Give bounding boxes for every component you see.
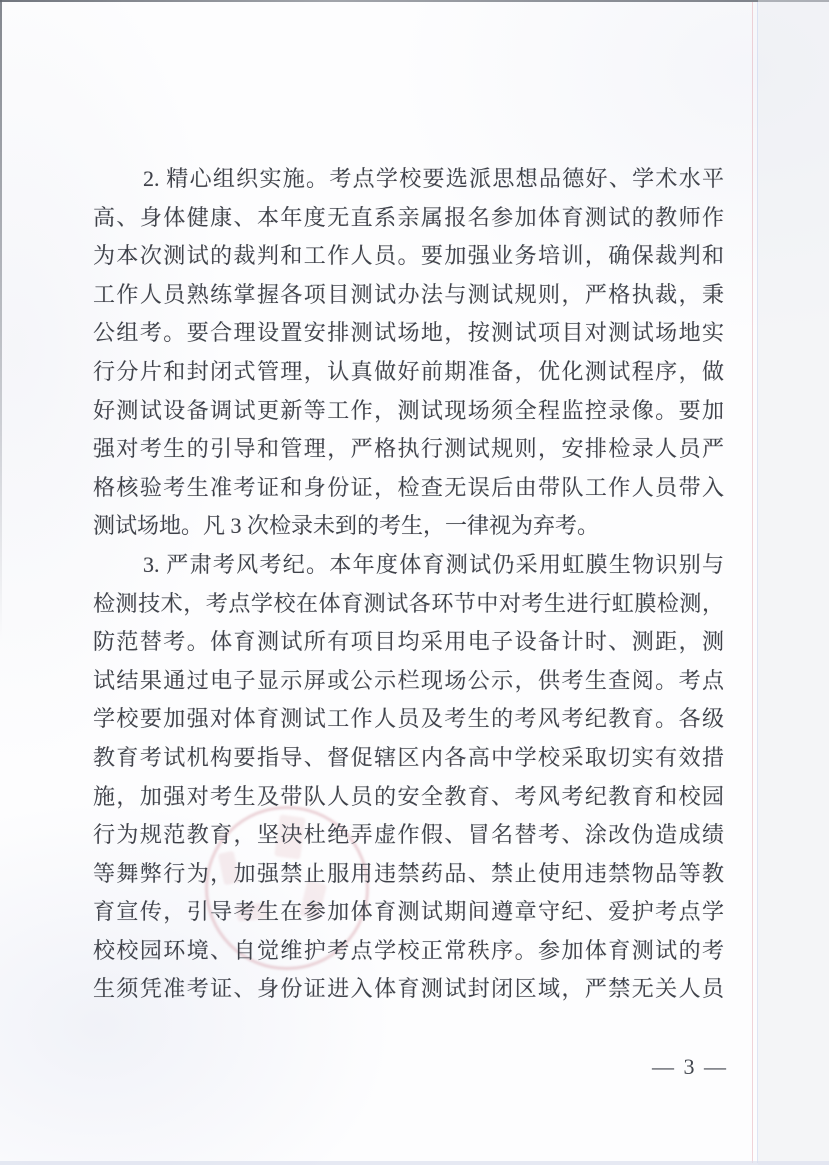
doc-line: 育宣传，引导考生在参加体育测试期间遵章守纪、爱护考点学 [93,893,724,932]
doc-line: 2. 精心组织实施。考点学校要选派思想品德好、学术水平 [93,160,724,199]
doc-line: 学校要加强对体育测试工作人员及考生的考风考纪教育。各级 [93,700,724,739]
doc-line: 高、身体健康、本年度无直系亲属报名参加体育测试的教师作 [93,199,724,238]
page-number: — 3 — [630,1049,750,1085]
doc-line: 3. 严肃考风考纪。本年度体育测试仍采用虹膜生物识别与 [93,546,724,585]
doc-line: 教育考试机构要指导、督促辖区内各高中学校采取切实有效措 [93,739,724,778]
doc-line: 校校园环境、自觉维护考点学校正常秩序。参加体育测试的考 [93,932,724,971]
doc-line: 工作人员熟练掌握各项目测试办法与测试规则，严格执裁，秉 [93,276,724,315]
scan-edge-bottom [0,1161,829,1165]
doc-line: 施，加强对考生及带队人员的安全教育、考风考纪教育和校园 [93,778,724,817]
scanned-document-page: 2. 精心组织实施。考点学校要选派思想品德好、学术水平 高、身体健康、本年度无直… [0,0,829,1165]
scan-fold-line-blue [757,2,758,1163]
doc-line: 检测技术，考点学校在体育测试各环节中对考生进行虹膜检测， [93,585,724,624]
doc-line: 好测试设备调试更新等工作，测试现场须全程监控录像。要加 [93,392,724,431]
scan-right-shade [758,0,829,1165]
doc-line: 行为规范教育，坚决杜绝弄虚作假、冒名替考、涂改伪造成绩 [93,816,724,855]
scan-edge-top [0,0,829,2]
doc-line: 生须凭准考证、身份证进入体育测试封闭区域，严禁无关人员 [93,970,724,1009]
doc-line: 公组考。要合理设置安排测试场地，按测试项目对测试场地实 [93,314,724,353]
doc-line: 测试场地。凡 3 次检录未到的考生，一律视为弃考。 [93,507,724,546]
doc-line: 试结果通过电子显示屏或公示栏现场公示，供考生查阅。考点 [93,662,724,701]
doc-line: 等舞弊行为，加强禁止服用违禁药品、禁止使用违禁物品等教 [93,855,724,894]
scan-fold-line-pink [752,2,753,1163]
doc-line: 为本次测试的裁判和工作人员。要加强业务培训，确保裁判和 [93,237,724,276]
scan-edge-left [0,0,2,640]
document-body: 2. 精心组织实施。考点学校要选派思想品德好、学术水平 高、身体健康、本年度无直… [93,160,724,1009]
doc-line: 强对考生的引导和管理，严格执行测试规则，安排检录人员严 [93,430,724,469]
doc-line: 行分片和封闭式管理，认真做好前期准备，优化测试程序，做 [93,353,724,392]
doc-line: 格核验考生准考证和身份证，检查无误后由带队工作人员带入 [93,469,724,508]
doc-line: 防范替考。体育测试所有项目均采用电子设备计时、测距，测 [93,623,724,662]
